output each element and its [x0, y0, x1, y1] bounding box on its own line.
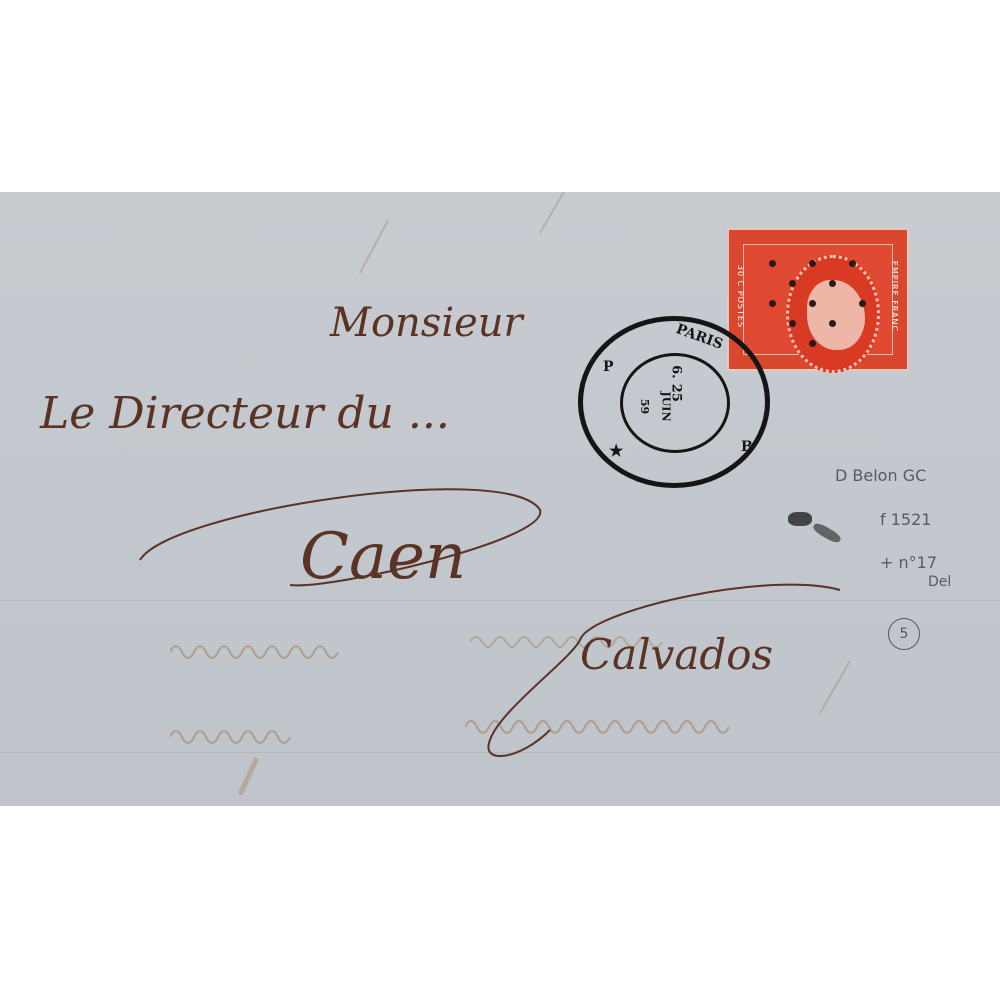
cancel-dot [809, 340, 816, 347]
cancel-dot [829, 280, 836, 287]
pencil-note-number: f 1521 [880, 510, 931, 529]
cancel-dot [829, 320, 836, 327]
department-flourish [470, 570, 860, 770]
cancel-dot [809, 260, 816, 267]
postmark-cds: PARIS P B ★ 6. 25 JUIN 59 [578, 316, 770, 488]
postmark-inner-ring: 6. 25 JUIN 59 [620, 353, 730, 453]
cancel-dot [789, 320, 796, 327]
emperor-head-icon [807, 280, 865, 350]
pencil-note-dept: Del [928, 574, 951, 590]
cancel-dot [769, 300, 776, 307]
pencil-circled-number: 5 [888, 618, 920, 650]
show-through-ink [238, 757, 259, 795]
postmark-year: 59 [638, 399, 651, 414]
postmark-month: JUIN [660, 392, 673, 422]
pencil-note-extra: + n°17 [880, 553, 937, 572]
show-through-squiggle [170, 632, 360, 672]
pencil-note-reference: D Belon GC [835, 466, 926, 485]
cancel-dot [789, 280, 796, 287]
postmark-letter-left: P [603, 359, 614, 375]
stamp-medallion [786, 255, 880, 373]
stamp-value-inscription: 30 C POSTES [736, 265, 745, 328]
address-line-recipient: Le Directeur du ... [40, 388, 450, 439]
stamp-country-inscription: EMPIRE FRANC [890, 261, 899, 332]
show-through-ink [539, 192, 576, 234]
cancel-dot [809, 300, 816, 307]
cancel-dot [769, 260, 776, 267]
cancel-dot [849, 260, 856, 267]
ink-blot [788, 512, 812, 526]
show-through-ink [359, 220, 389, 274]
postage-stamp: 30 C POSTES EMPIRE FRANC [727, 228, 909, 371]
star-icon: ★ [609, 441, 623, 460]
postmark-letter-right: B [741, 439, 753, 455]
address-line-salutation: Monsieur [330, 300, 523, 346]
stamp-frame [743, 244, 893, 355]
show-through-squiggle [170, 717, 310, 757]
cancel-dot [859, 300, 866, 307]
